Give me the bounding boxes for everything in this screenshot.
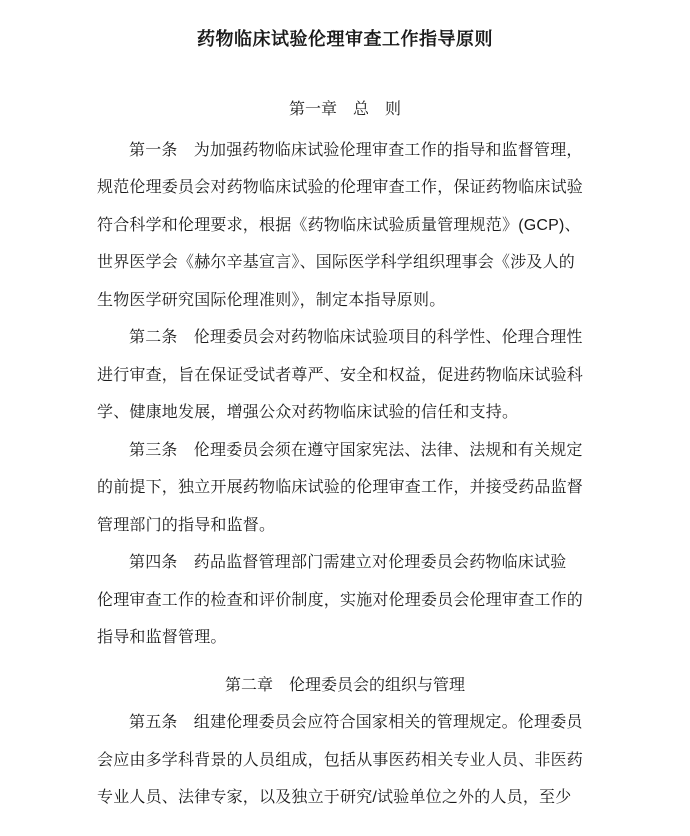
document-title: 药物临床试验伦理审查工作指导原则 bbox=[97, 25, 593, 53]
text-line: 第五条 组建伦理委员会应符合国家相关的管理规定。伦理委员 bbox=[97, 704, 593, 742]
article-2: 第二条 伦理委员会对药物临床试验项目的科学性、伦理合理性 进行审查，旨在保证受试… bbox=[97, 319, 593, 432]
text-line: 世界医学会《赫尔辛基宣言》、国际医学科学组织理事会《涉及人的 bbox=[97, 244, 593, 282]
document-page: 药物临床试验伦理审查工作指导原则 第一章 总 则 第一条 为加强药物临床试验伦理… bbox=[0, 0, 690, 836]
text-line: 学、健康地发展，增强公众对药物临床试验的信任和支持。 bbox=[97, 394, 593, 432]
text-line: 第四条 药品监督管理部门需建立对伦理委员会药物临床试验 bbox=[97, 544, 593, 582]
text-line: 符合科学和伦理要求，根据《药物临床试验质量管理规范》(GCP)、 bbox=[97, 207, 593, 245]
chapter-2-heading: 第二章 伦理委员会的组织与管理 bbox=[97, 667, 593, 705]
text-line: 第二条 伦理委员会对药物临床试验项目的科学性、伦理合理性 bbox=[97, 319, 593, 357]
article-3: 第三条 伦理委员会须在遵守国家宪法、法律、法规和有关规定 的前提下，独立开展药物… bbox=[97, 432, 593, 545]
text-line: 会应由多学科背景的人员组成，包括从事医药相关专业人员、非医药 bbox=[97, 742, 593, 780]
article-4: 第四条 药品监督管理部门需建立对伦理委员会药物临床试验 伦理审查工作的检查和评价… bbox=[97, 544, 593, 657]
text-line: 第一条 为加强药物临床试验伦理审查工作的指导和监督管理， bbox=[97, 132, 593, 170]
text-line: 生物医学研究国际伦理准则》，制定本指导原则。 bbox=[97, 282, 593, 320]
chapter-1-heading: 第一章 总 则 bbox=[97, 91, 593, 129]
text-line: 管理部门的指导和监督。 bbox=[97, 507, 593, 545]
text-line: 伦理审查工作的检查和评价制度，实施对伦理委员会伦理审查工作的 bbox=[97, 582, 593, 620]
article-5: 第五条 组建伦理委员会应符合国家相关的管理规定。伦理委员 会应由多学科背景的人员… bbox=[97, 704, 593, 817]
text-line: 专业人员、法律专家，以及独立于研究/试验单位之外的人员，至少 bbox=[97, 779, 593, 817]
text-line: 第三条 伦理委员会须在遵守国家宪法、法律、法规和有关规定 bbox=[97, 432, 593, 470]
text-line: 指导和监督管理。 bbox=[97, 619, 593, 657]
document-content: 药物临床试验伦理审查工作指导原则 第一章 总 则 第一条 为加强药物临床试验伦理… bbox=[0, 25, 690, 817]
article-1: 第一条 为加强药物临床试验伦理审查工作的指导和监督管理， 规范伦理委员会对药物临… bbox=[97, 132, 593, 320]
text-line: 规范伦理委员会对药物临床试验的伦理审查工作，保证药物临床试验 bbox=[97, 169, 593, 207]
text-line: 的前提下，独立开展药物临床试验的伦理审查工作，并接受药品监督 bbox=[97, 469, 593, 507]
text-line: 进行审查，旨在保证受试者尊严、安全和权益，促进药物临床试验科 bbox=[97, 357, 593, 395]
